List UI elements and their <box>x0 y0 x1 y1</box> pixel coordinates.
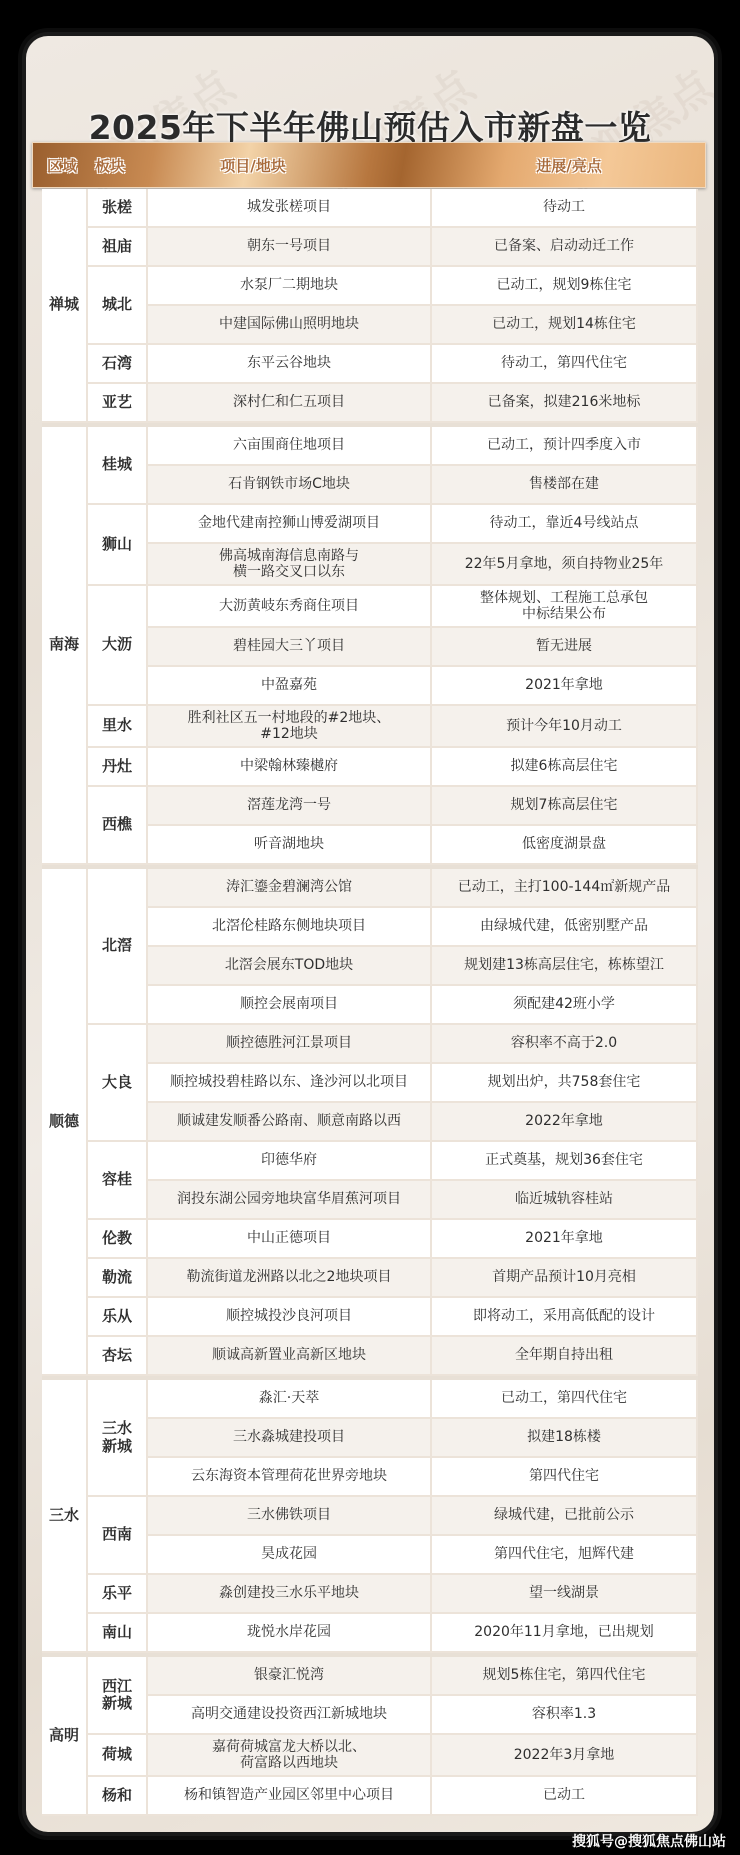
progress-cell: 已动工，预计四季度入市 <box>432 427 698 466</box>
progress-cell: 第四代住宅，旭辉代建 <box>432 1536 698 1575</box>
project-cell: 印德华府 <box>148 1142 432 1181</box>
region-cell: 南海 <box>42 427 88 865</box>
block-cell: 丹灶 <box>88 748 148 787</box>
project-cell: 北滘伦桂路东侧地块项目 <box>148 908 432 947</box>
progress-cell: 正式奠基，规划36套住宅 <box>432 1142 698 1181</box>
progress-cell: 已动工 <box>432 1777 698 1816</box>
region-cell: 三水 <box>42 1380 88 1653</box>
progress-cell: 预计今年10月动工 <box>432 706 698 748</box>
progress-cell: 规划5栋住宅，第四代住宅 <box>432 1657 698 1696</box>
project-cell: 勒流街道龙洲路以北之2地块项目 <box>148 1259 432 1298</box>
project-cell: 中山正德项目 <box>148 1220 432 1259</box>
region-cell: 顺德 <box>42 869 88 1376</box>
project-cell: 淼创建投三水乐平地块 <box>148 1575 432 1614</box>
block-cell: 亚艺 <box>88 384 148 423</box>
project-cell: 碧桂园大三丫项目 <box>148 628 432 667</box>
region-cell: 高明 <box>42 1657 88 1816</box>
block-cell: 乐从 <box>88 1298 148 1337</box>
block-cell: 南山 <box>88 1614 148 1653</box>
table-header: 区域 板块 项目/地块 进展/亮点 <box>32 142 706 188</box>
progress-cell: 规划建13栋高层住宅，栋栋望江 <box>432 947 698 986</box>
progress-cell: 2022年拿地 <box>432 1103 698 1142</box>
block-cell: 狮山 <box>88 505 148 586</box>
progress-cell: 即将动工，采用高低配的设计 <box>432 1298 698 1337</box>
block-cell: 西江 新城 <box>88 1657 148 1735</box>
project-cell: 顺控会展南项目 <box>148 986 432 1025</box>
block-cell: 容桂 <box>88 1142 148 1220</box>
project-cell: 听音湖地块 <box>148 826 432 865</box>
block-cell: 西樵 <box>88 787 148 865</box>
progress-cell: 已备案、启动动迁工作 <box>432 228 698 267</box>
block-cell: 里水 <box>88 706 148 748</box>
progress-cell: 容积率不高于2.0 <box>432 1025 698 1064</box>
project-cell: 涛汇鎏金碧澜湾公馆 <box>148 869 432 908</box>
progress-cell: 规划7栋高层住宅 <box>432 787 698 826</box>
footer-credit: 搜狐号@搜狐焦点佛山站 <box>572 1831 726 1851</box>
progress-cell: 暂无进展 <box>432 628 698 667</box>
project-cell: 朝东一号项目 <box>148 228 432 267</box>
project-cell: 三水淼城建投项目 <box>148 1419 432 1458</box>
progress-cell: 2022年3月拿地 <box>432 1735 698 1777</box>
projects-table: 城发张槎项目待动工张槎朝东一号项目已备案、启动动迁工作祖庙水泵厂二期地块已动工，… <box>42 189 698 1816</box>
project-cell: 顺诚高新置业高新区地块 <box>148 1337 432 1376</box>
progress-cell: 绿城代建，已批前公示 <box>432 1497 698 1536</box>
progress-cell: 由绿城代建，低密别墅产品 <box>432 908 698 947</box>
project-cell: 佛高城南海信息南路与 横一路交叉口以东 <box>148 544 432 586</box>
progress-cell: 待动工，第四代住宅 <box>432 345 698 384</box>
progress-cell: 低密度湖景盘 <box>432 826 698 865</box>
project-cell: 顺诚建发顺番公路南、顺意南路以西 <box>148 1103 432 1142</box>
project-cell: 北滘会展东TOD地块 <box>148 947 432 986</box>
progress-cell: 拟建6栋高层住宅 <box>432 748 698 787</box>
progress-cell: 已动工，规划14栋住宅 <box>432 306 698 345</box>
project-cell: 嘉荷荷城富龙大桥以北、 荷富路以西地块 <box>148 1735 432 1777</box>
progress-cell: 已动工，第四代住宅 <box>432 1380 698 1419</box>
progress-cell: 待动工，靠近4号线站点 <box>432 505 698 544</box>
project-cell: 高明交通建设投资西江新城地块 <box>148 1696 432 1735</box>
progress-cell: 已动工，主打100-144㎡新规产品 <box>432 869 698 908</box>
block-cell: 北滘 <box>88 869 148 1025</box>
project-cell: 中建国际佛山照明地块 <box>148 306 432 345</box>
project-cell: 昊成花园 <box>148 1536 432 1575</box>
block-cell: 杨和 <box>88 1777 148 1816</box>
project-cell: 胜利社区五一村地段的#2地块、 #12地块 <box>148 706 432 748</box>
block-cell: 桂城 <box>88 427 148 505</box>
project-cell: 杨和镇智造产业园区邻里中心项目 <box>148 1777 432 1816</box>
block-cell: 杏坛 <box>88 1337 148 1376</box>
project-cell: 云东海资本管理荷花世界旁地块 <box>148 1458 432 1497</box>
project-cell: 中盈嘉苑 <box>148 667 432 706</box>
progress-cell: 整体规划、工程施工总承包 中标结果公布 <box>432 586 698 628</box>
header-project: 项目/地块 <box>33 155 433 176</box>
block-cell: 祖庙 <box>88 228 148 267</box>
progress-cell: 已备案，拟建216米地标 <box>432 384 698 423</box>
project-cell: 石肯钢铁市场C地块 <box>148 466 432 505</box>
progress-cell: 拟建18栋楼 <box>432 1419 698 1458</box>
project-cell: 六亩围商住地项目 <box>148 427 432 466</box>
block-cell: 三水 新城 <box>88 1380 148 1497</box>
progress-cell: 2020年11月拿地，已出规划 <box>432 1614 698 1653</box>
block-cell: 乐平 <box>88 1575 148 1614</box>
project-cell: 大沥黄岐东秀商住项目 <box>148 586 432 628</box>
block-cell: 城北 <box>88 267 148 345</box>
header-progress: 进展/亮点 <box>433 155 705 176</box>
progress-cell: 待动工 <box>432 189 698 228</box>
project-cell: 城发张槎项目 <box>148 189 432 228</box>
progress-cell: 望一线湖景 <box>432 1575 698 1614</box>
project-cell: 珑悦水岸花园 <box>148 1614 432 1653</box>
project-cell: 深村仁和仁五项目 <box>148 384 432 423</box>
progress-cell: 首期产品预计10月亮相 <box>432 1259 698 1298</box>
progress-cell: 2021年拿地 <box>432 1220 698 1259</box>
progress-cell: 售楼部在建 <box>432 466 698 505</box>
region-cell: 禅城 <box>42 189 88 423</box>
project-cell: 水泵厂二期地块 <box>148 267 432 306</box>
project-cell: 顺控德胜河江景项目 <box>148 1025 432 1064</box>
progress-cell: 22年5月拿地，须自持物业25年 <box>432 544 698 586</box>
block-cell: 张槎 <box>88 189 148 228</box>
progress-cell: 容积率1.3 <box>432 1696 698 1735</box>
project-cell: 滘莲龙湾一号 <box>148 787 432 826</box>
project-cell: 润投东湖公园旁地块富华眉蕉河项目 <box>148 1181 432 1220</box>
block-cell: 大良 <box>88 1025 148 1142</box>
progress-cell: 规划出炉，共758套住宅 <box>432 1064 698 1103</box>
project-cell: 三水佛铁项目 <box>148 1497 432 1536</box>
project-cell: 淼汇·天萃 <box>148 1380 432 1419</box>
project-cell: 顺控城投沙良河项目 <box>148 1298 432 1337</box>
project-cell: 中梁翰林臻樾府 <box>148 748 432 787</box>
block-cell: 西南 <box>88 1497 148 1575</box>
progress-cell: 须配建42班小学 <box>432 986 698 1025</box>
project-cell: 东平云谷地块 <box>148 345 432 384</box>
project-cell: 金地代建南控狮山博爱湖项目 <box>148 505 432 544</box>
progress-cell: 临近城轨容桂站 <box>432 1181 698 1220</box>
progress-cell: 全年期自持出租 <box>432 1337 698 1376</box>
project-cell: 银豪汇悦湾 <box>148 1657 432 1696</box>
progress-cell: 已动工，规划9栋住宅 <box>432 267 698 306</box>
progress-cell: 第四代住宅 <box>432 1458 698 1497</box>
block-cell: 石湾 <box>88 345 148 384</box>
block-cell: 大沥 <box>88 586 148 706</box>
progress-cell: 2021年拿地 <box>432 667 698 706</box>
block-cell: 勒流 <box>88 1259 148 1298</box>
infographic-card: 搜狐焦点 搜狐焦点 搜狐焦点 2025年下半年佛山预估入市新盘一览 制图：搜狐焦… <box>26 36 714 1832</box>
block-cell: 荷城 <box>88 1735 148 1777</box>
project-cell: 顺控城投碧桂路以东、逢沙河以北项目 <box>148 1064 432 1103</box>
block-cell: 伦教 <box>88 1220 148 1259</box>
